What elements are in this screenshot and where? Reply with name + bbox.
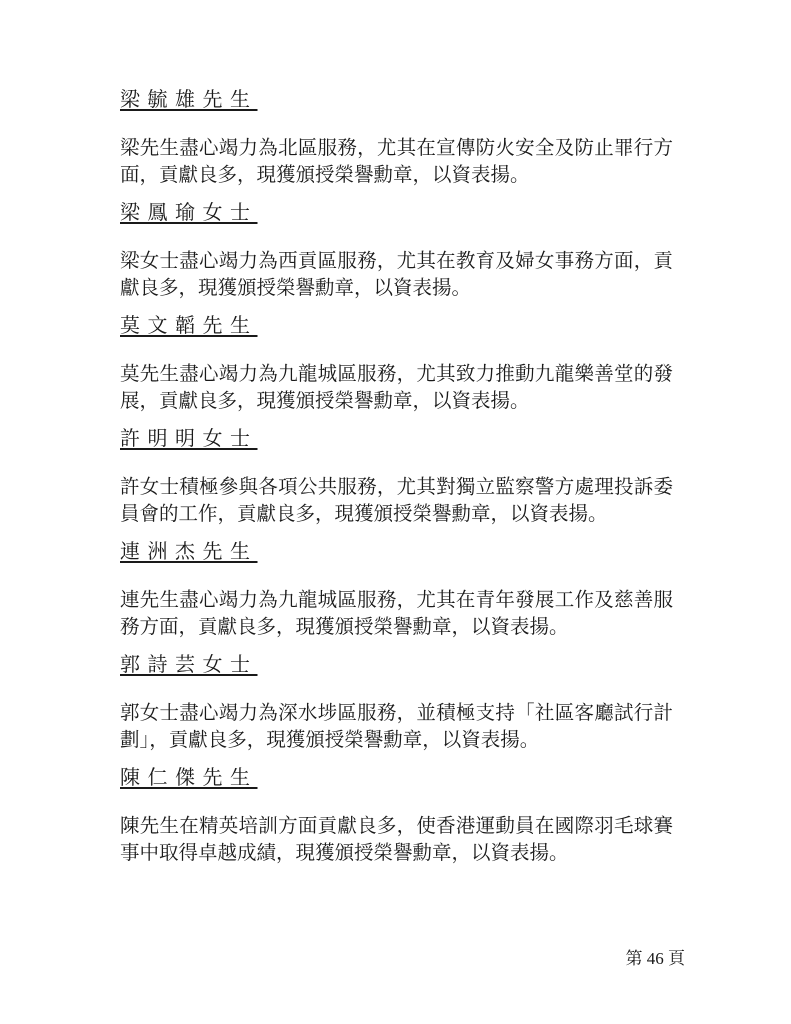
honouree-entry: 梁鳳瑜女士 梁女士盡心竭力為西貢區服務，尤其在教育及婦女事務方面，貢 獻良多，現… [120, 200, 673, 302]
citation-line: 劃」，貢獻良多，現獲頒授榮譽勳章，以資表揚。 [120, 727, 673, 754]
honouree-name: 梁毓雄先生 [120, 87, 673, 114]
page-number-footer: 第 46 頁 [626, 948, 686, 970]
citation-line: 莫先生盡心竭力為九龍城區服務，尤其致力推動九龍樂善堂的發 [120, 361, 673, 388]
honouree-citation: 連先生盡心竭力為九龍城區服務，尤其在青年發展工作及慈善服 務方面，貢獻良多，現獲… [120, 587, 673, 641]
citation-line: 連先生盡心竭力為九龍城區服務，尤其在青年發展工作及慈善服 [120, 587, 673, 614]
honouree-name: 郭詩芸女士 [120, 652, 673, 679]
honouree-citation: 許女士積極參與各項公共服務，尤其對獨立監察警方處理投訴委 員會的工作，貢獻良多，… [120, 474, 673, 528]
honouree-entry: 莫文韜先生 莫先生盡心竭力為九龍城區服務，尤其致力推動九龍樂善堂的發 展，貢獻良… [120, 313, 673, 415]
honouree-entry: 連洲杰先生 連先生盡心竭力為九龍城區服務，尤其在青年發展工作及慈善服 務方面，貢… [120, 539, 673, 641]
honouree-entry: 陳仁傑先生 陳先生在精英培訓方面貢獻良多，使香港運動員在國際羽毛球賽 事中取得卓… [120, 765, 673, 867]
citation-line: 員會的工作，貢獻良多，現獲頒授榮譽勳章，以資表揚。 [120, 501, 673, 528]
honouree-citation: 梁女士盡心竭力為西貢區服務，尤其在教育及婦女事務方面，貢 獻良多，現獲頒授榮譽勳… [120, 248, 673, 302]
citation-line: 展，貢獻良多，現獲頒授榮譽勳章，以資表揚。 [120, 388, 673, 415]
document-body: 梁毓雄先生 梁先生盡心竭力為北區服務，尤其在宣傳防火安全及防止罪行方 面，貢獻良… [120, 87, 673, 878]
honouree-citation: 郭女士盡心竭力為深水埗區服務，並積極支持「社區客廳試行計 劃」，貢獻良多，現獲頒… [120, 700, 673, 754]
citation-line: 面，貢獻良多，現獲頒授榮譽勳章，以資表揚。 [120, 162, 673, 189]
honouree-entry: 郭詩芸女士 郭女士盡心竭力為深水埗區服務，並積極支持「社區客廳試行計 劃」，貢獻… [120, 652, 673, 754]
citation-line: 陳先生在精英培訓方面貢獻良多，使香港運動員在國際羽毛球賽 [120, 813, 673, 840]
honouree-name: 陳仁傑先生 [120, 765, 673, 792]
honouree-name: 連洲杰先生 [120, 539, 673, 566]
honouree-entry: 梁毓雄先生 梁先生盡心竭力為北區服務，尤其在宣傳防火安全及防止罪行方 面，貢獻良… [120, 87, 673, 189]
citation-line: 事中取得卓越成績，現獲頒授榮譽勳章，以資表揚。 [120, 840, 673, 867]
citation-line: 許女士積極參與各項公共服務，尤其對獨立監察警方處理投訴委 [120, 474, 673, 501]
honouree-citation: 梁先生盡心竭力為北區服務，尤其在宣傳防火安全及防止罪行方 面，貢獻良多，現獲頒授… [120, 135, 673, 189]
document-page: 梁毓雄先生 梁先生盡心竭力為北區服務，尤其在宣傳防火安全及防止罪行方 面，貢獻良… [0, 0, 791, 1024]
citation-line: 梁先生盡心竭力為北區服務，尤其在宣傳防火安全及防止罪行方 [120, 135, 673, 162]
honouree-entry: 許明明女士 許女士積極參與各項公共服務，尤其對獨立監察警方處理投訴委 員會的工作… [120, 426, 673, 528]
honouree-name: 梁鳳瑜女士 [120, 200, 673, 227]
citation-line: 務方面，貢獻良多，現獲頒授榮譽勳章，以資表揚。 [120, 614, 673, 641]
honouree-citation: 陳先生在精英培訓方面貢獻良多，使香港運動員在國際羽毛球賽 事中取得卓越成績，現獲… [120, 813, 673, 867]
citation-line: 郭女士盡心竭力為深水埗區服務，並積極支持「社區客廳試行計 [120, 700, 673, 727]
citation-line: 獻良多，現獲頒授榮譽勳章，以資表揚。 [120, 275, 673, 302]
citation-line: 梁女士盡心竭力為西貢區服務，尤其在教育及婦女事務方面，貢 [120, 248, 673, 275]
honouree-name: 莫文韜先生 [120, 313, 673, 340]
honouree-citation: 莫先生盡心竭力為九龍城區服務，尤其致力推動九龍樂善堂的發 展，貢獻良多，現獲頒授… [120, 361, 673, 415]
honouree-name: 許明明女士 [120, 426, 673, 453]
